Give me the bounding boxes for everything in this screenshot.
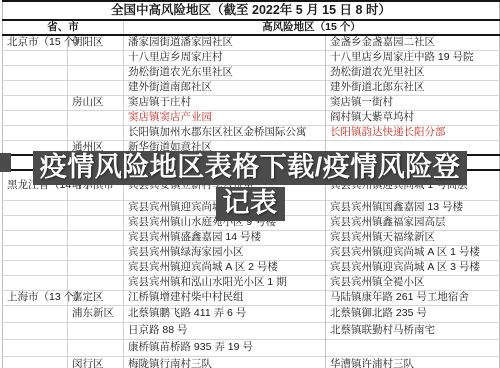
risk-area-cell: 潘家园街道潘家园社区 <box>124 35 326 50</box>
province-cell <box>3 110 68 125</box>
risk-area-cell: 北蔡镇鹏飞路 411 弄 6 号 <box>124 305 326 322</box>
province-cell <box>3 245 68 260</box>
risk-area-cell: 宾县宾州镇全褆小区 <box>326 275 500 290</box>
district-cell <box>68 245 124 260</box>
table-row: 宾县宾州镇绿海家园小区宾县宾州镇迎宾尚城 A 区 1 号楼 <box>3 245 500 260</box>
screenshot-root: 全国中高风险地区（截至 2022年 5 月 15 日 8 时） 省、市 高风险地… <box>0 0 500 368</box>
risk-area-cell: 宾县宾州镇天福缘新区 <box>326 230 500 245</box>
table-row: 浦东新区北蔡镇鹏飞路 411 弄 6 号北蔡镇御北路 235 号 <box>3 305 500 322</box>
risk-area-cell: 宾县宾州镇迎宾尚城 A 区 2 号楼 <box>124 260 326 275</box>
table-row: 北京市（15 个）朝阳区潘家园街道潘家园社区金盏乡金盏嘉园二社区 <box>3 35 500 50</box>
table-row: 日京路 88 号北蔡镇联勤村马桥南宅 <box>3 322 500 339</box>
risk-area-cell: 马陆镇康年路 261 号工地宿舍 <box>326 290 500 305</box>
district-cell <box>68 125 124 140</box>
risk-area-cell: 劲松街道农光里社区 <box>326 65 500 80</box>
district-cell <box>68 339 124 356</box>
table-row: 房山区窦店镇于庄村窦店镇一街村 <box>3 95 500 110</box>
province-cell: 上海市（13 个） <box>3 290 68 305</box>
risk-area-cell: 十八里店乡周家庄中路 19 号院 <box>326 50 500 65</box>
district-cell: 浦东新区 <box>68 305 124 322</box>
overlay-left-block <box>0 153 11 172</box>
risk-area-cell <box>326 339 500 356</box>
province-cell <box>3 50 68 65</box>
risk-area-cell: 窦店镇一街村 <box>326 95 500 110</box>
table-header-row: 省、市 高风险地区（15 个） <box>3 20 500 35</box>
district-cell <box>68 230 124 245</box>
risk-area-cell: 劲松街道农光东里社区 <box>124 65 326 80</box>
district-cell <box>68 80 124 95</box>
table-row: 建外街道南郎社区建外街道北郎东社区 <box>3 80 500 95</box>
table-row: 长阳镇加州水郡东区社区金桥国际公寓长阳镇韵达快递长阳分部 <box>3 125 500 140</box>
table-row: 康桥镇苗桥路 935 弄 19 号 <box>3 339 500 356</box>
risk-area-cell: 日京路 88 号 <box>124 322 326 339</box>
overlay-heading-line1: 疫情风险地区表格下载/疫情风险登 <box>33 151 468 185</box>
table-title: 全国中高风险地区（截至 2022年 5 月 15 日 8 时） <box>3 1 500 20</box>
risk-area-cell: 梅陇镇行南村三队 <box>124 356 326 368</box>
table-row: 宾县宾州镇和泓山水阳光小区 1 期宾县宾州镇全褆小区 <box>3 275 500 290</box>
header-province-city: 省、市 <box>3 20 124 35</box>
risk-area-cell: 建外街道南郎社区 <box>124 80 326 95</box>
risk-area-cell: 阎村镇大紫草坞村 <box>326 110 500 125</box>
district-cell: 嘉定区 <box>68 290 124 305</box>
district-cell <box>68 322 124 339</box>
risk-area-cell: 华漕镇许浦村三队 <box>326 356 500 368</box>
risk-area-cell: 康桥镇苗桥路 935 弄 19 号 <box>124 339 326 356</box>
risk-area-cell: 长阳镇韵达快递长阳分部 <box>326 125 500 140</box>
district-cell <box>68 65 124 80</box>
risk-area-cell: 北蔡镇联勤村马桥南宅 <box>326 322 500 339</box>
table-row: 宾县宾州镇盛鑫嘉园 14 号楼宾县宾州镇天福缘新区 <box>3 230 500 245</box>
province-cell <box>3 65 68 80</box>
table-row: 闵行区梅陇镇行南村三队华漕镇许浦村三队 <box>3 356 500 368</box>
risk-area-cell: 建外街道北郎东社区 <box>326 80 500 95</box>
province-cell <box>3 80 68 95</box>
risk-area-cell: 窦店镇于庄村 <box>124 95 326 110</box>
risk-area-cell: 宾县宾州镇绿海家园小区 <box>124 245 326 260</box>
risk-area-cell: 北蔡镇御北路 235 号 <box>326 305 500 322</box>
district-cell: 朝阳区 <box>68 35 124 50</box>
risk-area-cell: 十八里店乡周家庄村 <box>124 50 326 65</box>
district-cell <box>68 50 124 65</box>
province-cell: 北京市（15 个） <box>3 35 68 50</box>
district-cell <box>68 110 124 125</box>
district-cell: 闵行区 <box>68 356 124 368</box>
table-title-row: 全国中高风险地区（截至 2022年 5 月 15 日 8 时） <box>3 1 500 20</box>
province-cell <box>3 125 68 140</box>
risk-area-cell: 窦店镇窦店产业园 <box>124 110 326 125</box>
header-high-risk-areas: 高风险地区（15 个） <box>124 20 500 35</box>
district-cell <box>68 275 124 290</box>
province-cell <box>3 260 68 275</box>
table-row: 十八里店乡周家庄村十八里店乡周家庄中路 19 号院 <box>3 50 500 65</box>
risk-area-cell: 金盏乡金盏嘉园二社区 <box>326 35 500 50</box>
page-overlay-heading: 疫情风险地区表格下载/疫情风险登 记表 <box>25 149 475 221</box>
risk-area-cell: 宾县宾州镇迎宾尚城 A 区 3 号楼 <box>326 260 500 275</box>
table-row: 上海市（13 个）嘉定区江桥镇增建村柴中村民组马陆镇康年路 261 号工地宿舍 <box>3 290 500 305</box>
overlay-heading-line2: 记表 <box>216 187 285 221</box>
risk-area-cell: 长阳镇加州水郡东区社区金桥国际公寓 <box>124 125 326 140</box>
district-cell <box>68 260 124 275</box>
risk-area-cell: 江桥镇增建村柴中村民组 <box>124 290 326 305</box>
province-cell <box>3 95 68 110</box>
province-cell <box>3 322 68 339</box>
table-row: 劲松街道农光东里社区劲松街道农光里社区 <box>3 65 500 80</box>
province-cell <box>3 275 68 290</box>
table-row: 窦店镇窦店产业园阎村镇大紫草坞村 <box>3 110 500 125</box>
province-cell <box>3 356 68 368</box>
table-row: 宾县宾州镇迎宾尚城 A 区 2 号楼宾县宾州镇迎宾尚城 A 区 3 号楼 <box>3 260 500 275</box>
province-cell <box>3 230 68 245</box>
district-cell: 房山区 <box>68 95 124 110</box>
province-cell <box>3 305 68 322</box>
risk-area-cell: 宾县宾州镇迎宾尚城 A 区 1 号楼 <box>326 245 500 260</box>
risk-area-cell: 宾县宾州镇和泓山水阳光小区 1 期 <box>124 275 326 290</box>
province-cell <box>3 339 68 356</box>
risk-area-cell: 宾县宾州镇盛鑫嘉园 14 号楼 <box>124 230 326 245</box>
